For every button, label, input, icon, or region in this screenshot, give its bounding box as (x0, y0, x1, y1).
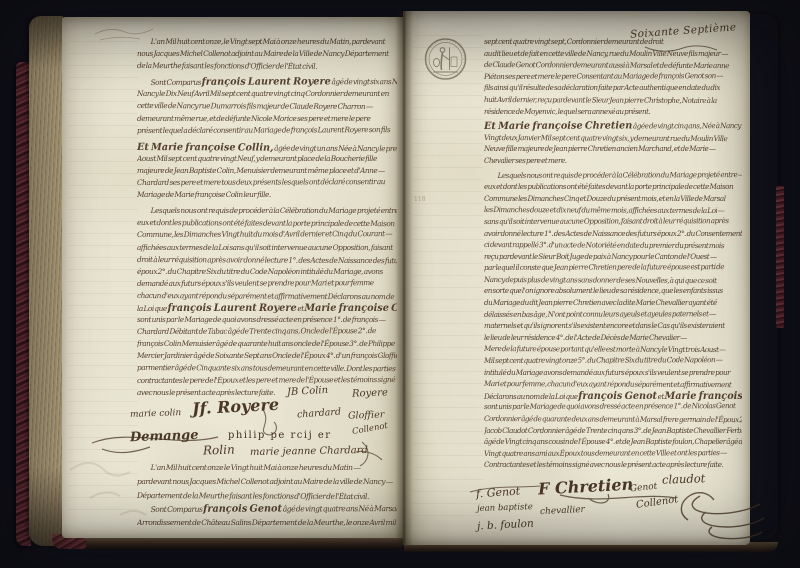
handwritten-line: Et Marie françoise Chretien âgée de ving… (484, 120, 742, 133)
handwritten-line: Piéton ses pere et mere le pere Consenta… (484, 71, 742, 84)
handwritten-line: maternels et qu'ils ignorent s'ils exist… (484, 321, 742, 333)
handwritten-line: de la Meurthe faisant les fonctions d'Of… (137, 61, 397, 74)
handwritten-line: pardevant nous Jacques Michel Collenot a… (137, 477, 397, 491)
handwritten-line: Sont Comparus françois Genot âgé de ving… (137, 503, 397, 518)
handwritten-line: sans qu'il soit intervenue aucune Opposi… (484, 216, 742, 229)
handwritten-line: par lequel il conste que Jean pierre Chr… (484, 262, 742, 275)
page-edges-stack-right (748, 14, 778, 540)
handwritten-line: Nancy le Dix Neuf Avril Mil sept cent qu… (137, 89, 397, 101)
handwritten-line: nous Jacques Michel Collenot adjoint au … (137, 49, 397, 61)
handwritten-line: délaissés en bas âge, N'ont point connu … (484, 309, 742, 322)
handwritten-line: Vingt quatre ans ami aux Époux tous deme… (484, 448, 742, 461)
handwritten-line: Mil sept cent quatre vingt onze 5°. du C… (484, 355, 742, 368)
handwritten-line: Commune les Dimanches Cinq et Douze du p… (484, 194, 742, 206)
handwritten-line: présent lequel a déclaré consentir au Ma… (137, 125, 397, 138)
handwritten-line: Chevalier ses pere et mere. (484, 156, 742, 168)
handwritten-line: Aoust Mil sept cent quatre vingt Neuf, y… (137, 154, 397, 166)
handwritten-line: Chardard ses pere et mere tous deux prés… (137, 177, 397, 190)
handwritten-line: au dit lieu et de fait en cette ville de… (484, 49, 742, 61)
handwritten-line: Sont Comparus françois Laurent Royere âg… (137, 76, 397, 89)
handwritten-line: avoir donné lecture 1°. des Actes de Nai… (484, 229, 742, 241)
margin-mark: 118 (414, 196, 425, 203)
handwritten-line: Mercier Jardinier âgé de Soixante Sept a… (137, 351, 397, 363)
handwritten-line: Jacob Claudot Cordonnier âgé de Trente c… (484, 426, 742, 438)
handwritten-line: Neuve fille majeure de Jean pierre Chret… (484, 144, 742, 156)
handwritten-line: demeurant même rue, et de défunte Nicole… (137, 114, 397, 126)
handwritten-line: époux 2°. du Chapitre Six du titre du Co… (137, 267, 397, 279)
handwritten-line: le lieu de leur résidence 4°. de l'Acte … (484, 333, 742, 345)
handwritten-line: résidence de Moyenvic, lequel sera annex… (484, 107, 742, 119)
handwritten-line: Lesquels nous ont requis de procéder à l… (484, 170, 742, 183)
notarial-stamp-icon (423, 36, 468, 83)
handwritten-line: affichées aux termes de la Loi sans qu'i… (137, 243, 397, 255)
handwritten-line: Mariage de Marie françoise Colin leur fi… (137, 190, 397, 202)
handwritten-line: eux et dont les publications ont été fai… (484, 182, 742, 194)
handwritten-line: L'an Mil huit cent onze, le Vingt sept M… (137, 37, 397, 49)
register-photo: Soixante Septième 118 L'an Mil huit cent… (0, 0, 800, 568)
handwritten-line: demandé aux futurs époux s'ils veulent s… (137, 278, 397, 291)
page-edges-stack-left (29, 16, 63, 546)
left-page-act1-text: L'an Mil huit cent onze, le Vingt sept M… (137, 37, 405, 400)
right-page-act-text: sept cent quatre vingt sept, Cordonnier … (484, 37, 750, 472)
handwritten-line: sept cent quatre vingt sept, Cordonnier … (484, 37, 742, 49)
handwritten-line: avec nous le présent acte après lecture … (137, 388, 397, 400)
handwritten-line: Arrondissement de Château Salins Départe… (137, 518, 397, 532)
handwritten-line: Lesquels nous ont requis de procéder à l… (137, 206, 397, 218)
handwritten-line: Commune, les Dimanches Vingt huit du moi… (137, 229, 397, 242)
handwritten-line: intitulé du Mariage avons demandé aux fu… (484, 368, 742, 380)
handwritten-line: L'an Mil huit cent onze le Vingt huit Ma… (137, 463, 397, 477)
handwritten-line: françois Colin Menuisier âgé de quarante… (137, 339, 397, 351)
handwritten-line: en sorte que l'on ignore absolument le l… (484, 286, 742, 298)
handwritten-line: fils ainsi qu'il résulte de sa déclarati… (484, 83, 742, 95)
handwritten-line: âgé de Vingt cinq ans cousin de l'Épouse… (484, 437, 742, 449)
handwritten-line: la Loi que françois Laurent Royere et Ma… (137, 303, 397, 315)
handwritten-line: sont unis par le Mariage de quoi avons d… (484, 401, 742, 414)
handwritten-line: contractantes le pere de l'Époux et les … (137, 375, 397, 388)
handwritten-line: Chardard Débitant de Tabac âgé de Trente… (137, 326, 397, 339)
handwritten-line: Contractantes et les témoins signé avec … (484, 460, 742, 472)
book-cover-marbled-edge-right (776, 186, 784, 328)
left-page-act2-text: L'an Mil huit cent onze le Vingt huit Ma… (137, 463, 405, 532)
handwritten-line: du Mariage du dit Jean pierre Chretien a… (484, 298, 742, 310)
